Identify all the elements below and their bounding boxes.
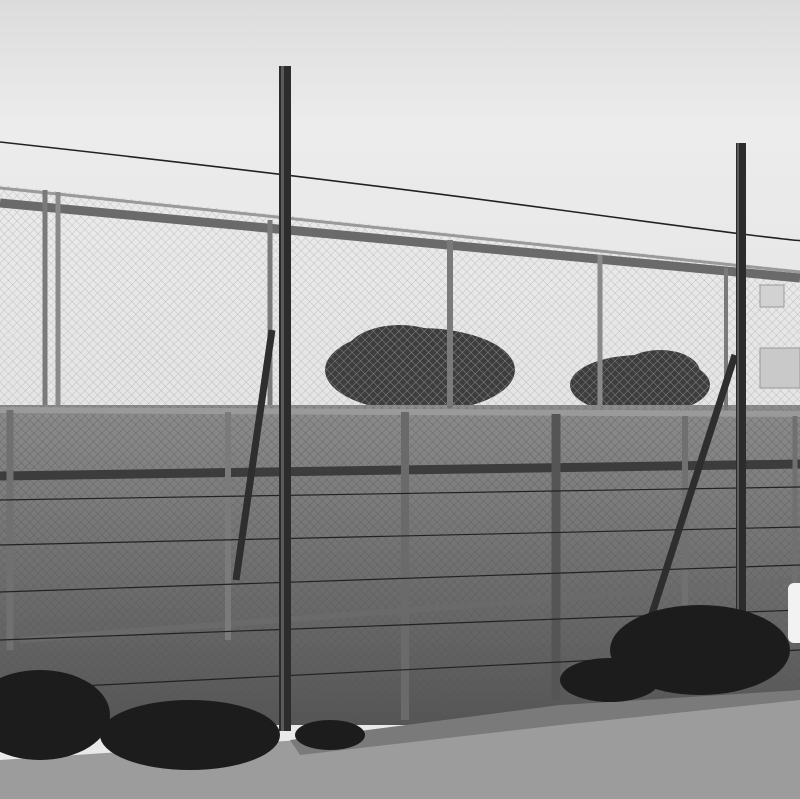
fence-photograph — [0, 0, 800, 799]
white-bucket — [788, 583, 800, 643]
lower-top-rail — [0, 410, 800, 414]
scene-drawing — [0, 0, 800, 799]
